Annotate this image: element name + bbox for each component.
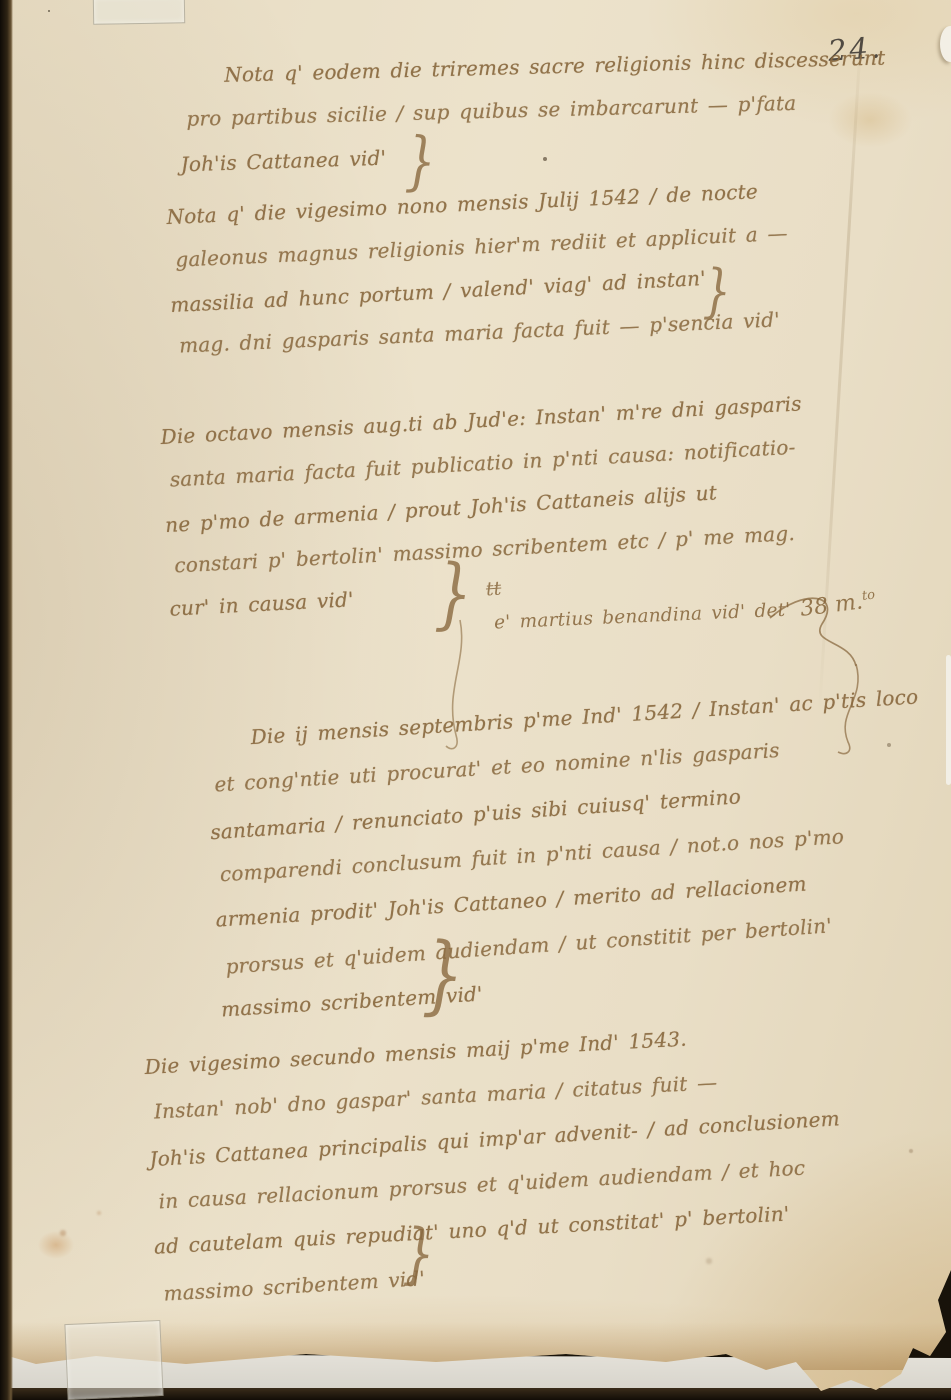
manuscript-line: Nota q' eodem die triremes sacre religio… xyxy=(224,45,886,87)
entry-paragraph-5: Die vigesimo secundo mensis maij p'me In… xyxy=(144,1019,849,1325)
manuscript-line: massilia ad hunc portum / valend' viag' … xyxy=(170,262,790,318)
page-edge-gap xyxy=(946,655,951,785)
manuscript-line: Joh'is Cattanea vid' xyxy=(180,129,888,177)
repair-tape-bottom xyxy=(64,1320,163,1400)
margin-amount-sup: to xyxy=(861,587,876,603)
closing-brace: } xyxy=(402,1214,435,1292)
manuscript-line: galeonus magnus religionis hier'm rediit… xyxy=(175,221,788,273)
closing-brace: } xyxy=(404,124,436,199)
double-t-mark: tt xyxy=(485,577,502,600)
entry-paragraph-4: Die ij mensis septembris p'me Ind' 1542 … xyxy=(204,684,937,1042)
manuscript-line: mag. dni gasparis santa maria facta fuit… xyxy=(179,307,792,359)
closing-brace: } xyxy=(702,256,731,325)
manuscript-line: pro partibus sicilie / sup quibus se imb… xyxy=(186,88,887,131)
binding-edge-shadow xyxy=(0,0,13,1400)
entry-paragraph-1: Nota q' eodem die triremes sacre religio… xyxy=(178,45,888,192)
repair-tape-top xyxy=(93,0,185,25)
manuscript-page: 24. Nota q' eodem die triremes sacre rel… xyxy=(8,0,951,1400)
entry-paragraph-2: Nota q' die vigesimo nono mensis Julij 1… xyxy=(166,178,793,377)
closing-brace: } xyxy=(421,924,465,1026)
manuscript-scan: 24. Nota q' eodem die triremes sacre rel… xyxy=(0,0,951,1400)
closing-brace: } xyxy=(434,548,474,640)
